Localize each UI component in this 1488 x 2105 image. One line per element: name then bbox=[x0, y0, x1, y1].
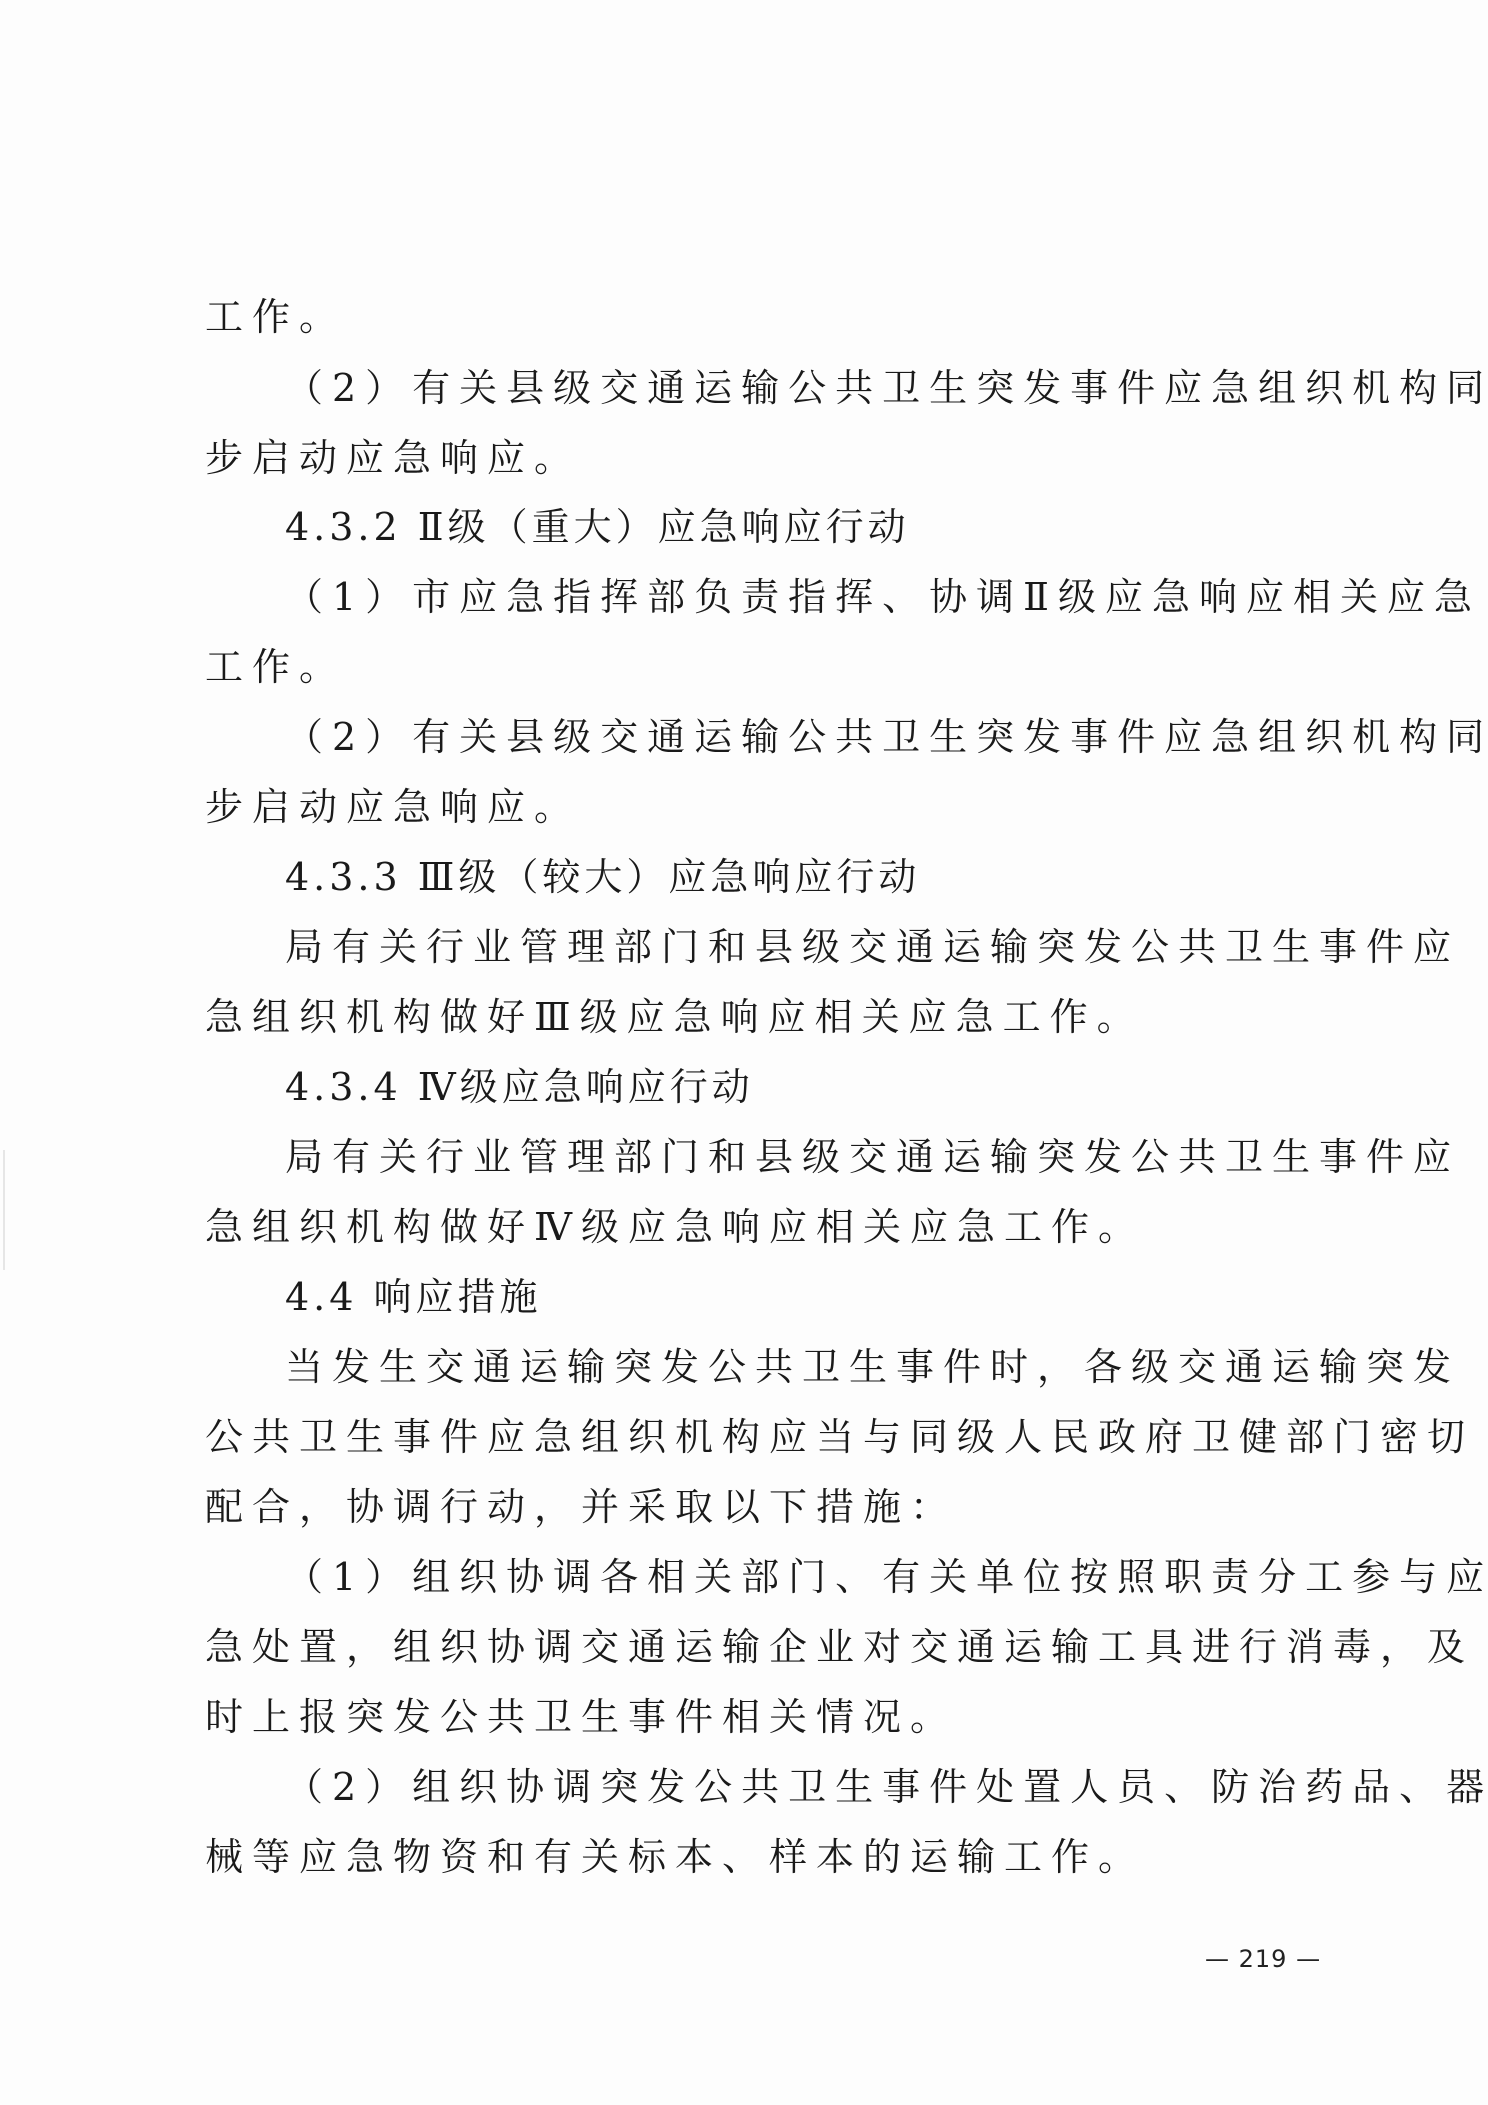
document-page: 工作。 （2）有关县级交通运输公共卫生突发事件应急组织机构同 步启动应急响应。 … bbox=[0, 0, 1488, 2105]
paragraph-line: 配合，协调行动，并采取以下措施： bbox=[205, 1482, 1290, 1532]
page-number: — 219 — bbox=[1205, 1945, 1321, 1973]
section-heading-4-3-3: 4.3.3 Ⅲ级（较大）应急响应行动 bbox=[285, 852, 1370, 902]
paragraph-line: 急组织机构做好Ⅳ级应急响应相关应急工作。 bbox=[205, 1202, 1290, 1252]
paragraph-line: 步启动应急响应。 bbox=[205, 433, 1290, 483]
paragraph-line: 急处置，组织协调交通运输企业对交通运输工具进行消毒，及 bbox=[205, 1622, 1290, 1672]
paragraph-line: （1）组织协调各相关部门、有关单位按照职责分工参与应 bbox=[285, 1552, 1370, 1602]
paragraph-line: （2）组织协调突发公共卫生事件处置人员、防治药品、器 bbox=[285, 1762, 1370, 1812]
section-heading-4-4: 4.4 响应措施 bbox=[285, 1272, 1370, 1322]
paragraph-line: 急组织机构做好Ⅲ级应急响应相关应急工作。 bbox=[205, 992, 1290, 1042]
section-heading-4-3-2: 4.3.2 Ⅱ级（重大）应急响应行动 bbox=[285, 502, 1370, 552]
paragraph-line: 工作。 bbox=[205, 292, 1290, 342]
paragraph-line: 公共卫生事件应急组织机构应当与同级人民政府卫健部门密切 bbox=[205, 1412, 1290, 1462]
scan-artifact bbox=[3, 1150, 5, 1270]
paragraph-line: 工作。 bbox=[205, 642, 1290, 692]
paragraph-line: 时上报突发公共卫生事件相关情况。 bbox=[205, 1692, 1290, 1742]
section-heading-4-3-4: 4.3.4 Ⅳ级应急响应行动 bbox=[285, 1062, 1370, 1112]
paragraph-line: 械等应急物资和有关标本、样本的运输工作。 bbox=[205, 1832, 1290, 1882]
paragraph-line: 当发生交通运输突发公共卫生事件时，各级交通运输突发 bbox=[285, 1342, 1370, 1392]
paragraph-line: 局有关行业管理部门和县级交通运输突发公共卫生事件应 bbox=[285, 922, 1370, 972]
paragraph-line: （1）市应急指挥部负责指挥、协调Ⅱ级应急响应相关应急 bbox=[285, 572, 1370, 622]
paragraph-line: （2）有关县级交通运输公共卫生突发事件应急组织机构同 bbox=[285, 712, 1370, 762]
paragraph-line: 步启动应急响应。 bbox=[205, 782, 1290, 832]
paragraph-line: （2）有关县级交通运输公共卫生突发事件应急组织机构同 bbox=[285, 363, 1370, 413]
paragraph-line: 局有关行业管理部门和县级交通运输突发公共卫生事件应 bbox=[285, 1132, 1370, 1182]
